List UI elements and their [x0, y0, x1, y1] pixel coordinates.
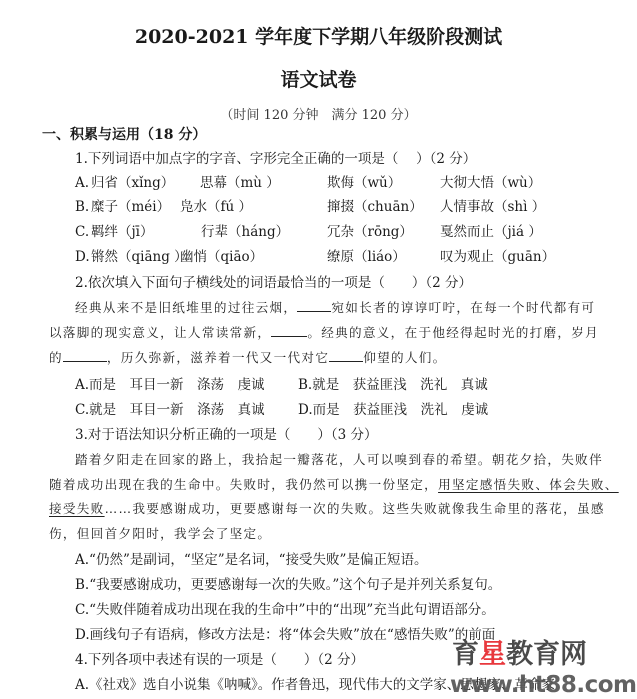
option-item: 锵然（qiāng ）: [91, 248, 188, 266]
option-item: 糜子（méi）: [91, 198, 170, 216]
question-3-passage-line: 随着成功出现在我的生命中。失败时，我仍然可以携一份坚定，用坚定感悟失败、体会失败…: [49, 476, 619, 494]
time-info: （时间 120 分钟 满分 120 分）: [0, 104, 637, 123]
option-item: 幽悄（qiāo）: [180, 248, 263, 266]
question-3-passage-line: 伤，但回首夕阳时，我学会了坚定。: [49, 525, 271, 543]
option-item: 思幕（mù ）: [200, 174, 280, 192]
option-item: 缭原（liáo）: [327, 248, 406, 266]
question-2-option-c: C.就是 耳目一新 涤荡 真诚: [75, 401, 265, 419]
option-label: C.: [75, 223, 89, 241]
fill-blank: [63, 349, 107, 362]
question-3-stem: 3.对于语法知识分析正确的一项是（ ）（3 分）: [75, 426, 378, 444]
option-label: A.: [75, 174, 89, 192]
passage-text: 随着成功出现在我的生命中。失败时，我: [49, 477, 299, 492]
question-2-option-a: A.而是 耳目一新 涤荡 虔诚: [75, 376, 265, 394]
option-item: 撺掇（chuān）: [327, 198, 423, 216]
option-item: 叹为观止（guān）: [440, 248, 555, 266]
question-2-passage-line: 经典从来不是旧纸堆里的过往云烟，宛如长者的谆谆叮咛，在每一个时代都有可: [75, 299, 595, 317]
question-1-stem: 1.下列词语中加点字的字音、字形完全正确的一项是（ ）（2 分）: [75, 150, 476, 168]
question-3-passage-line: 接受失败……我要感谢成功，更要感谢每一次的失败。这些失败就像我生命里的落花，虽感: [49, 500, 605, 518]
watermark-text: 教育网: [506, 639, 587, 670]
option-item: 冗杂（rōng）: [327, 223, 413, 241]
underlined-sentence: 用坚定感悟失败、体会失败、: [438, 477, 619, 492]
option-item: 欺侮（wǔ）: [327, 174, 401, 192]
question-3-option-b: B.“我要感谢成功，更要感谢每一次的失败。”这个句子是并列关系复句。: [75, 576, 501, 594]
fill-blank: [271, 324, 307, 337]
watermark-accent-text: 星: [479, 639, 506, 670]
passage-text: ，历久弥新，滋养着一代又一代对它: [107, 350, 329, 365]
fill-blank: [329, 349, 363, 362]
question-2-stem: 2.依次填入下面句子横线处的词语最恰当的一项是（ ）（2 分）: [75, 274, 472, 292]
question-2-passage-line: 以落脚的现实意义，让人常读常新，。经典的意义，在于他经得起时光的打磨，岁月: [49, 324, 599, 342]
watermark-logo: 育星教育网 www.ht88.com: [452, 640, 637, 699]
option-item: 戛然而止（jiá ）: [440, 223, 542, 241]
question-3-passage-line: 踏着夕阳走在回家的路上，我拾起一瓣落花，人可以嗅到春的希望。朝花夕拾，失败伴: [75, 451, 603, 469]
passage-text: 可以携一份: [327, 477, 396, 492]
question-2-passage-line: 的，历久弥新，滋养着一代又一代对它仰望的人们。: [49, 349, 447, 367]
passage-text: 的: [49, 350, 63, 365]
option-label: D.: [75, 248, 90, 266]
question-3-option-d: D.画线句子有语病，修改方法是：将“体会失败”放在“感悟失败”的前面: [75, 626, 495, 644]
underlined-sentence: 接受失败: [49, 501, 105, 516]
option-item: 人情事故（shì ）: [440, 198, 545, 216]
dotted-word: 仍然: [299, 477, 327, 492]
option-item: 羁绊（jī）: [91, 223, 154, 241]
option-item: 行辈（háng）: [201, 223, 289, 241]
option-item: 大彻大悟（wù）: [440, 174, 541, 192]
question-3-option-c: C.“失败伴随着成功出现在我的生命中”中的“出现”充当此句谓语部分。: [75, 601, 495, 619]
fill-blank: [297, 299, 331, 312]
exam-page: 2020-2021 学年度下学期八年级阶段测试 语文试卷 （时间 120 分钟 …: [0, 0, 637, 699]
option-item: 凫水（fú ）: [180, 198, 252, 216]
exam-subtitle: 语文试卷: [0, 65, 637, 92]
passage-text: 宛如长者的谆谆叮咛，在每一个时代都有可: [331, 300, 595, 315]
option-label: B.: [75, 198, 89, 216]
option-item: 归省（xǐng）: [91, 174, 174, 192]
passage-text: 以落脚的现实意义，让人常读常新，: [49, 325, 271, 340]
question-4-stem: 4.下列各项中表述有误的一项是（ ）（2 分）: [75, 651, 364, 669]
dotted-word: 坚定: [396, 477, 424, 492]
passage-text: 仰望的人们。: [363, 350, 446, 365]
question-2-option-b: B.就是 获益匪浅 洗礼 真诚: [298, 376, 488, 394]
section-heading: 一、积累与运用（18 分）: [42, 126, 206, 144]
watermark-brand: 育星教育网: [452, 640, 587, 670]
passage-text: 经典从来不是旧纸堆里的过往云烟，: [75, 300, 297, 315]
passage-text: 。经典的意义，在于他经得起时光的打磨，岁月: [307, 325, 599, 340]
passage-text: ……我要感谢成功，更要感谢每一次的失败。这些失败就像我生命里的落花，虽感: [105, 501, 605, 516]
question-3-option-a: A.“仍然”是副词，“坚定”是名词，“接受失败”是偏正短语。: [75, 551, 427, 569]
exam-title: 2020-2021 学年度下学期八年级阶段测试: [0, 22, 637, 49]
watermark-text: 育: [452, 639, 479, 670]
passage-text: ，: [424, 477, 438, 492]
question-2-option-d: D.而是 获益匪浅 洗礼 虔诚: [298, 401, 488, 419]
watermark-url: www.ht88.com: [450, 672, 637, 698]
